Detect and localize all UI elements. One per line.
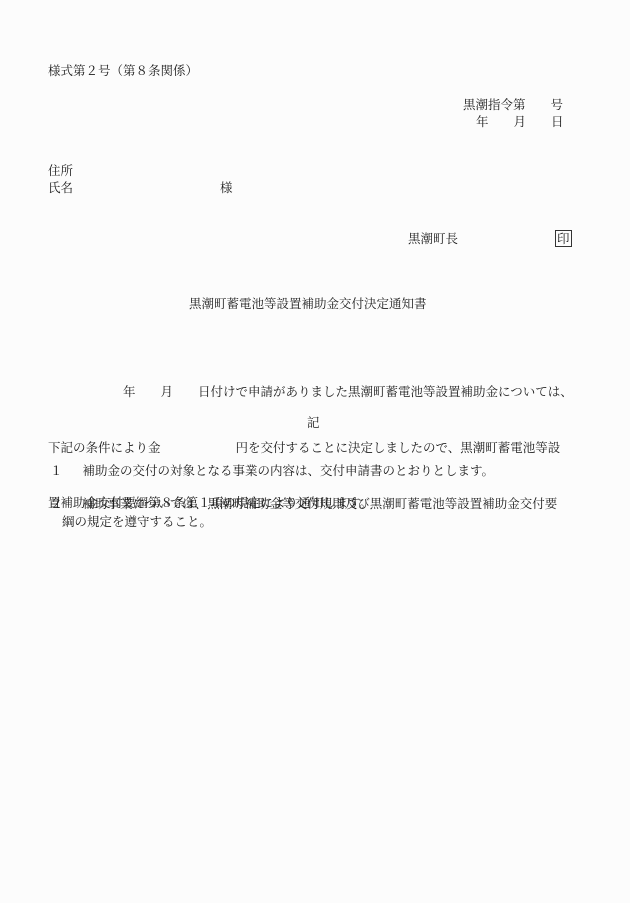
address-label: 住所 [48, 163, 73, 179]
ki-heading: 記 [307, 415, 320, 431]
item-text: 補助金の交付の対象となる事業の内容は、交付申請書のとおりとします。 [82, 463, 494, 478]
seal-box: 印 [555, 230, 572, 247]
item-1: １ 補助金の交付の対象となる事業の内容は、交付申請書のとおりとします。 [50, 463, 494, 479]
item-2-continuation: 綱の規定を遵守すること。 [62, 514, 212, 530]
form-label: 様式第２号（第８条関係） [48, 63, 198, 79]
item-text: 補助事業については、黒潮町補助金等交付規則及び黒潮町蓄電池等設置補助金交付要 [82, 496, 557, 511]
seal-icon: 印 [555, 230, 572, 247]
body-line: 年 月 日付けで申請がありました黒潮町蓄電池等設置補助金については、 [48, 383, 593, 402]
item-2: ２ 補助事業については、黒潮町補助金等交付規則及び黒潮町蓄電池等設置補助金交付要 [50, 496, 557, 512]
item-number: ２ [50, 496, 63, 511]
body-line: 下記の条件により金 円を交付することに決定しましたので、黒潮町蓄電池等設 [48, 439, 593, 458]
reference-number: 黒潮指令第 号 [463, 97, 563, 113]
date-line: 年 月 日 [476, 114, 564, 130]
item-number: １ [50, 463, 63, 478]
name-label: 氏名 [48, 180, 73, 196]
honorific: 様 [220, 180, 233, 196]
issuer: 黒潮町長 [408, 231, 458, 247]
document-title: 黒潮町蓄電池等設置補助金交付決定通知書 [189, 296, 427, 312]
